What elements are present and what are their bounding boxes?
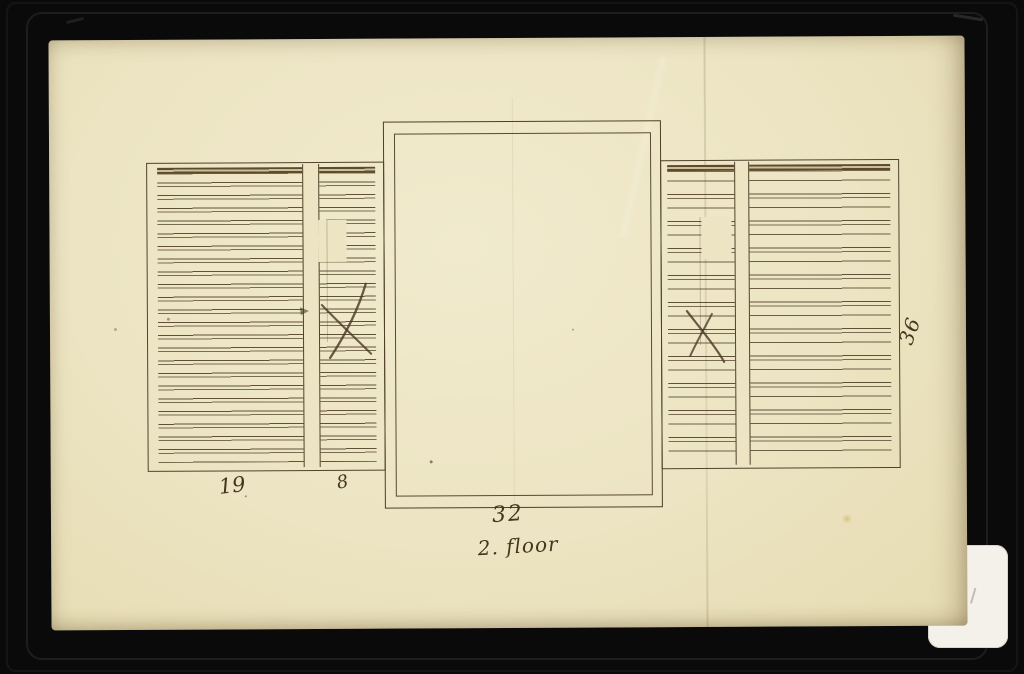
scan-background: 19 8 32 36 2. floor (0, 0, 1024, 674)
dimension-label-left-inner-width: 8 (335, 471, 350, 494)
sticker-pencil-mark (970, 588, 985, 606)
dimension-label-center-width: 32 (491, 501, 525, 528)
ink-fleck (245, 495, 247, 497)
ink-fleck (430, 460, 433, 463)
ink-fleck (114, 328, 117, 331)
right-wing-outline (660, 159, 901, 469)
dimension-label-left-width: 19 (218, 472, 247, 499)
central-hall-inner-wall (394, 132, 653, 496)
paper-stain (841, 514, 853, 523)
red-fleck (167, 318, 170, 321)
drawing-sheet: 19 8 32 36 2. floor (48, 36, 967, 631)
left-wing-outline (146, 162, 386, 472)
plan-caption: 2. floor (463, 531, 574, 561)
ink-fleck (572, 329, 574, 331)
